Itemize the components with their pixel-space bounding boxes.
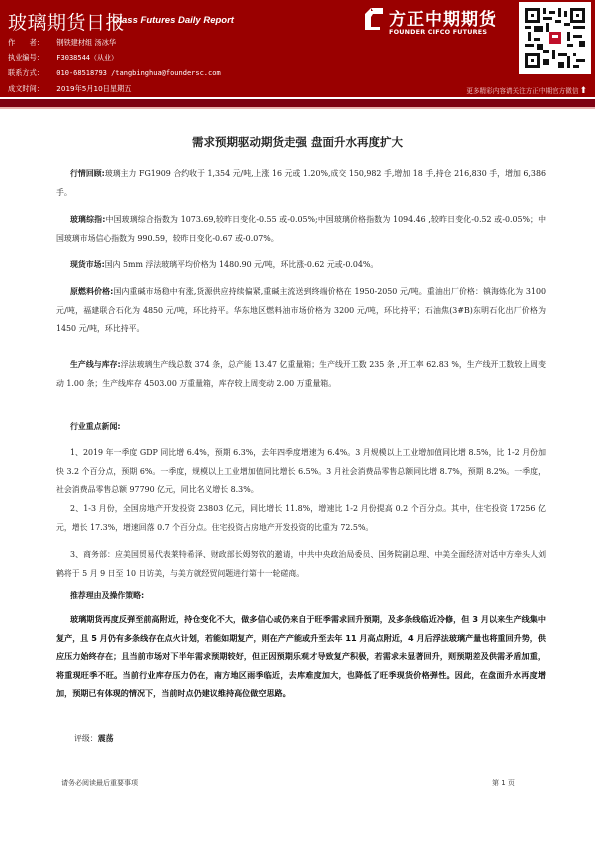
document-title: 需求预期驱动期货走强 盘面升水再度扩大 (0, 134, 595, 150)
news-item-1: 1、2019 年一季度 GDP 同比增 6.4%，预期 6.3%，去年四季度增速… (56, 444, 546, 500)
strategy-heading: 推荐理由及操作策略: (70, 590, 144, 601)
strategy-text: 玻璃期货再度反弹至前高附近，持仓变化不大，做多信心或仍来自于旺季需求回升预期，及… (56, 610, 546, 703)
meta-license: 执业编号： F3038544（从业） (8, 53, 118, 63)
section-market-review: 行情回顾:玻璃主力 FG1909 合约收于 1,354 元/吨,上涨 16 元或… (56, 165, 546, 202)
meta-author-value: 钢铁建材组 汤冰华 (56, 38, 116, 47)
header-divider-light (0, 107, 595, 109)
section-text: 国内重碱市场稳中有涨,货源供应持续偏紧,重碱主流送到终端价格在 1950-205… (56, 287, 546, 333)
follow-text: 更多精彩内容请关注方正中期官方微信 (466, 87, 578, 95)
meta-contact-value[interactable]: 010-68518793 /tangbinghua@foundersc.com (56, 69, 220, 77)
meta-author-label: 作 者： (8, 38, 54, 48)
report-header: 玻璃期货日报 Glass Futures Daily Report 作 者： 钢… (0, 0, 595, 97)
meta-date-label: 成文时间： (8, 84, 54, 94)
meta-license-label: 执业编号： (8, 53, 54, 63)
meta-date-value: 2019年5月10日星期五 (56, 84, 131, 93)
company-logo: 方正中期期货 FOUNDER CIFCO FUTURES (365, 5, 513, 37)
meta-contact: 联系方式： 010-68518793 /tangbinghua@founders… (8, 68, 221, 78)
rating-value: 震荡 (98, 734, 114, 743)
report-title-cn: 玻璃期货日报 (8, 8, 125, 35)
founder-logo-icon (365, 8, 383, 30)
news-item-2: 2、1-3 月份，全国房地产开发投资 23803 亿元，同比增长 11.8%，增… (56, 500, 546, 537)
arrow-up-icon: ⬆ (579, 86, 587, 96)
section-text: 国内 5mm 浮法玻璃平均价格为 1480.90 元/吨，环比涨-0.62 元或… (105, 260, 379, 269)
meta-license-value: F3038544（从业） (56, 54, 118, 62)
qr-code-icon (525, 7, 585, 69)
section-text: 中国玻璃综合指数为 1073.69,较昨日变化-0.55 或-0.05%;中国玻… (56, 215, 546, 243)
report-title-en: Glass Futures Daily Report (112, 15, 234, 26)
section-raw-fuel-prices: 原燃料价格:国内重碱市场稳中有涨,货源供应持续偏紧,重碱主流送到终端价格在 19… (56, 283, 546, 339)
logo-text-en: FOUNDER CIFCO FUTURES (389, 28, 487, 36)
section-label: 玻璃综指: (70, 215, 105, 224)
section-text: 玻璃主力 FG1909 合约收于 1,354 元/吨,上涨 16 元或 1.20… (56, 169, 546, 197)
header-divider-band (0, 99, 595, 107)
meta-author: 作 者： 钢铁建材组 汤冰华 (8, 38, 116, 48)
footer-disclaimer: 请务必阅读最后重要事项 (61, 778, 138, 788)
section-label: 生产线与库存: (70, 360, 121, 369)
section-label: 行情回顾: (70, 169, 105, 178)
news-heading: 行业重点新闻: (70, 421, 121, 432)
section-spot-market: 现货市场:国内 5mm 浮法玻璃平均价格为 1480.90 元/吨，环比涨-0.… (56, 256, 546, 275)
section-glass-index: 玻璃综指:中国玻璃综合指数为 1073.69,较昨日变化-0.55 或-0.05… (56, 211, 546, 248)
logo-text-cn: 方正中期期货 (389, 5, 497, 30)
section-label: 现货市场: (70, 260, 105, 269)
wechat-qr-code (519, 2, 591, 74)
meta-date: 成文时间： 2019年5月10日星期五 (8, 84, 131, 94)
section-text: 浮法玻璃生产线总数 374 条，总产能 13.47 亿重量箱；生产线开工数 23… (56, 360, 546, 388)
page-number: 第 1 页 (492, 778, 515, 788)
section-production-inventory: 生产线与库存:浮法玻璃生产线总数 374 条，总产能 13.47 亿重量箱；生产… (56, 356, 546, 393)
news-item-3: 3、商务部：应美国贸易代表莱特希泽、财政部长姆努钦的邀请，中共中央政治局委员、国… (56, 546, 546, 583)
meta-contact-label: 联系方式： (8, 68, 54, 78)
rating: 评级：震荡 (74, 733, 113, 744)
rating-label: 评级： (74, 734, 98, 743)
section-label: 原燃料价格: (70, 287, 113, 296)
follow-wechat-banner: 更多精彩内容请关注方正中期官方微信⬆ (466, 85, 587, 96)
